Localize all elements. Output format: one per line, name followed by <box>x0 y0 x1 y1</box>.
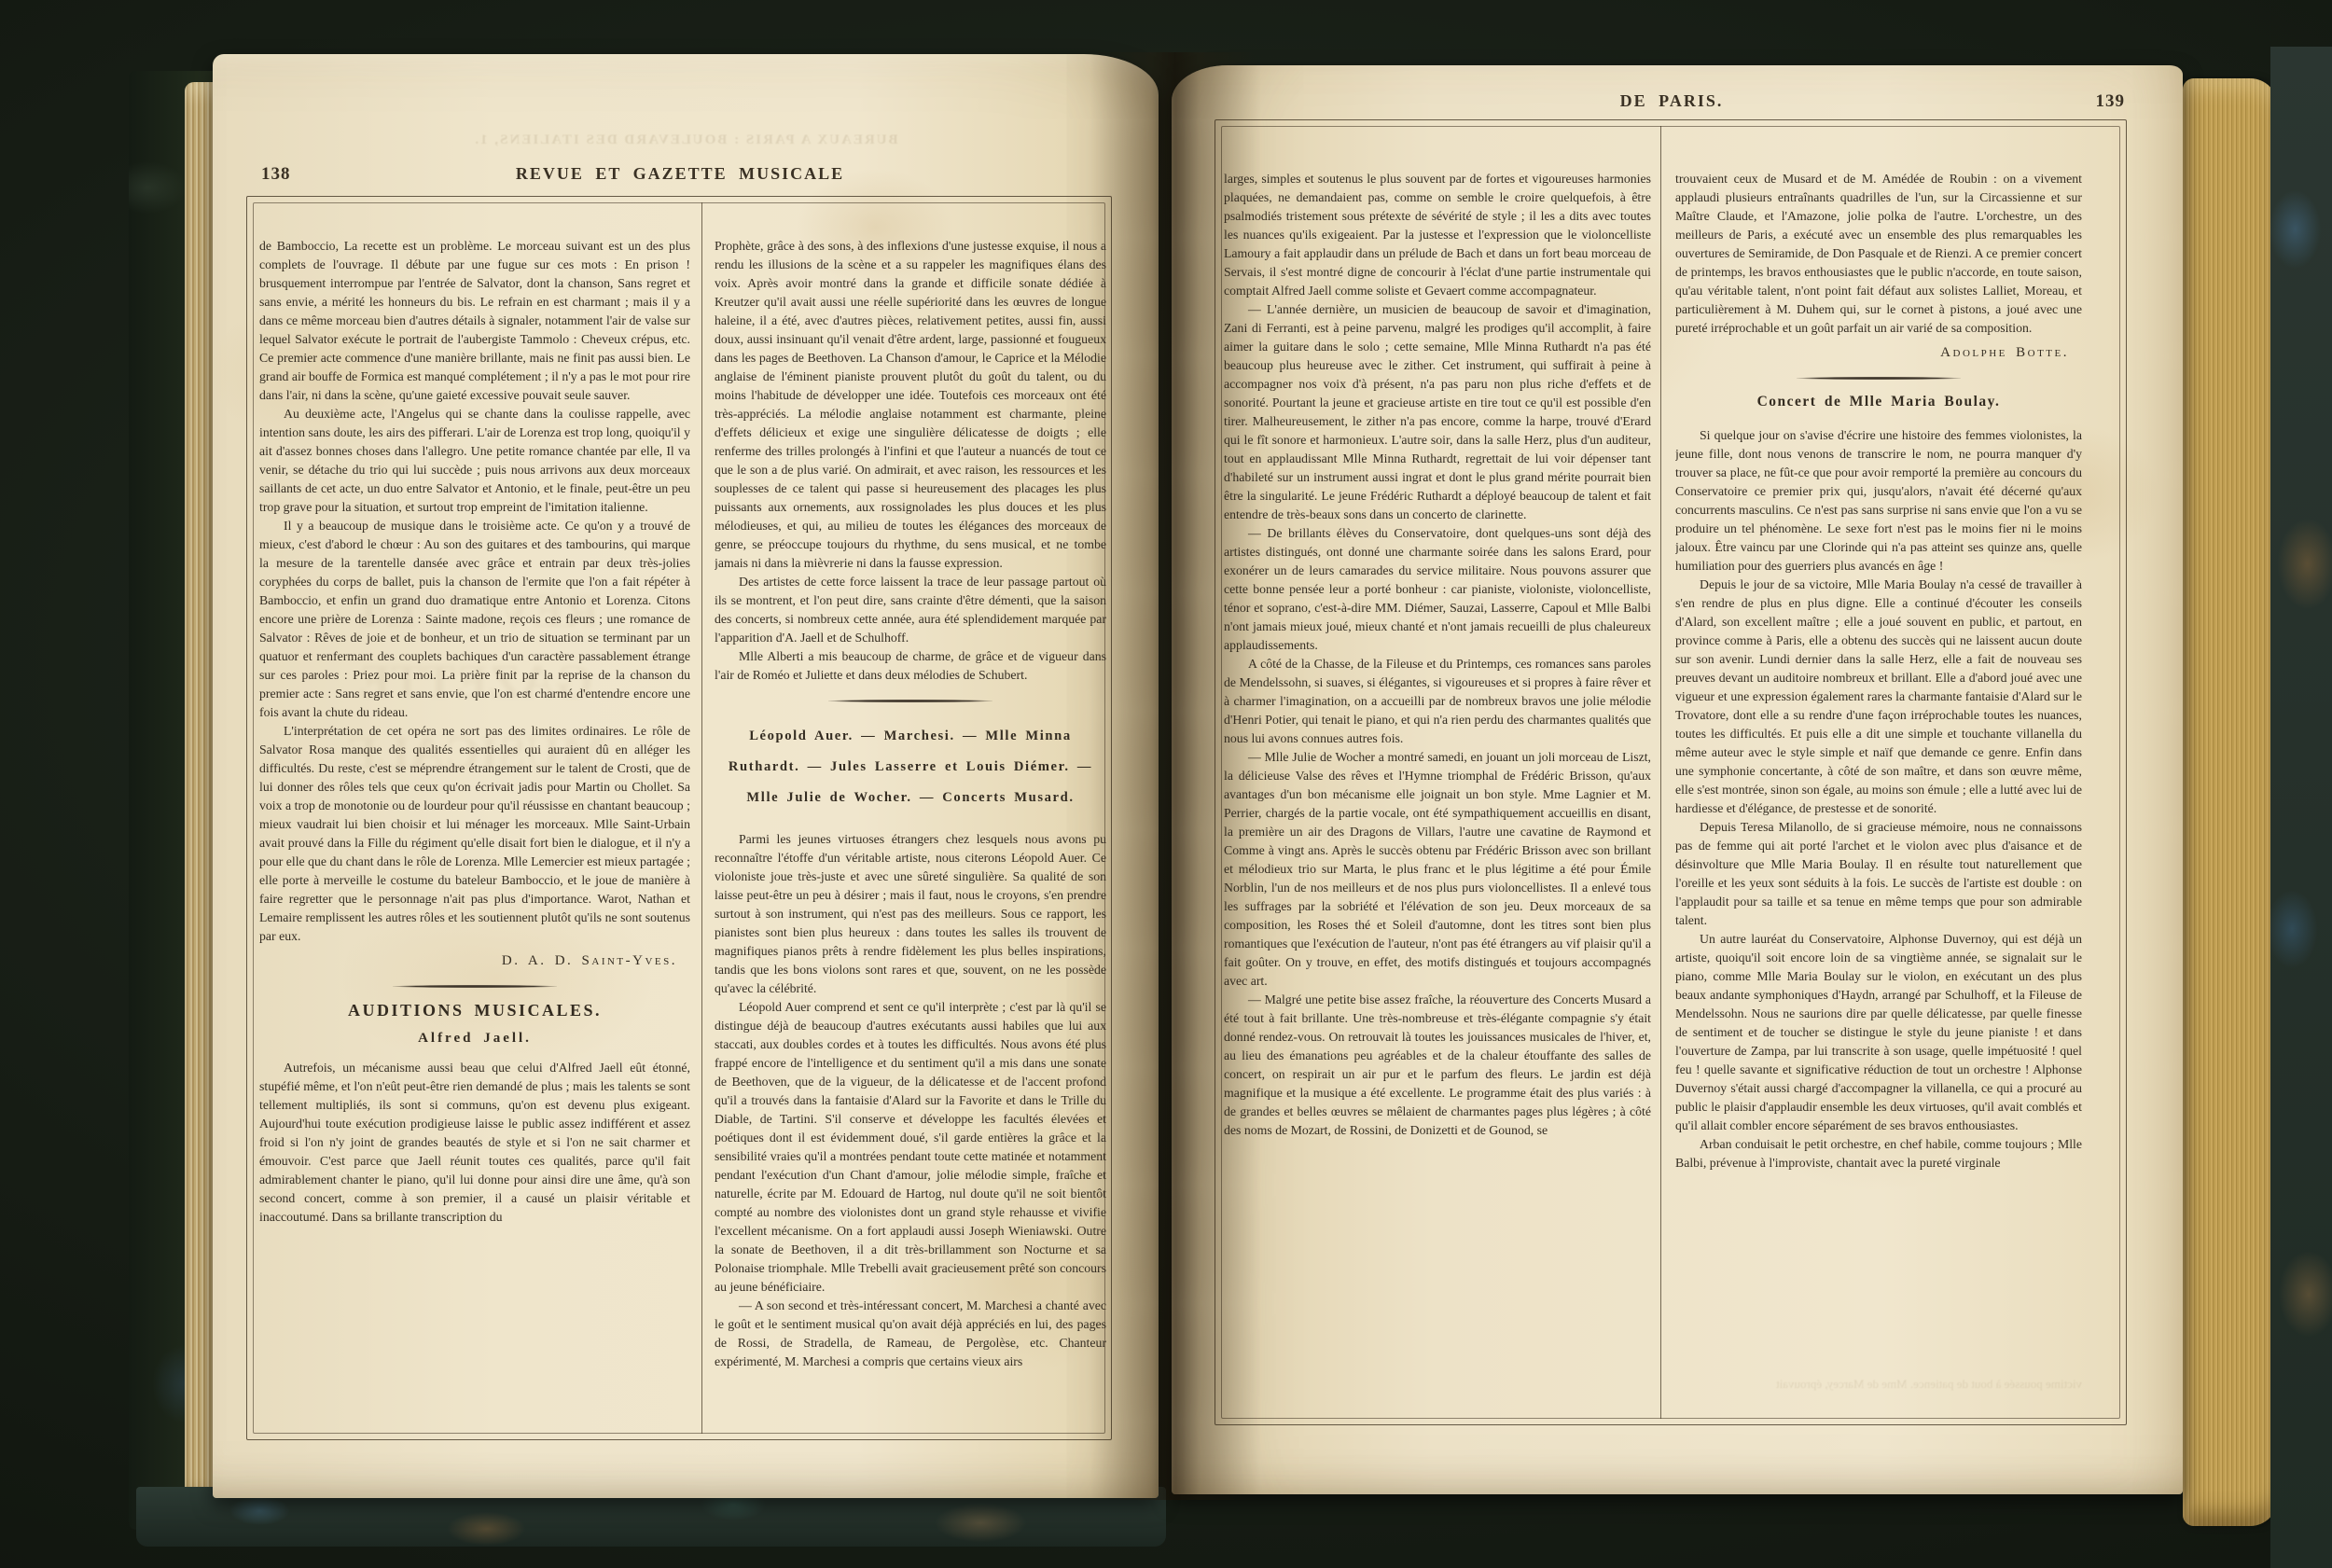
paragraph: de Bamboccio, La recette est un problème… <box>259 237 690 405</box>
article-body: Parmi les jeunes virtuoses étrangers che… <box>715 830 1106 1371</box>
paragraph: Parmi les jeunes virtuoses étrangers che… <box>715 830 1106 998</box>
article-body: Autrefois, un mécanisme aussi beau que c… <box>259 1059 690 1227</box>
paragraph: — L'année dernière, un musicien de beauc… <box>1224 300 1651 524</box>
book-cover-right <box>2270 47 2332 1568</box>
column-2: trouvaient ceux de Musard et de M. Amédé… <box>1675 170 2082 1416</box>
page-138: BUREAUX A PARIS : BOULEVARD DES ITALIENS… <box>213 54 1159 1498</box>
column-1: larges, simples et soutenus le plus souv… <box>1224 170 1651 1416</box>
paragraph: Arban conduisait le petit orchestre, en … <box>1675 1135 2082 1173</box>
article-body: Si quelque jour on s'avise d'écrire une … <box>1675 426 2082 1173</box>
column-divider-rule <box>701 202 702 1434</box>
paragraph: Au deuxième acte, l'Angelus qui se chant… <box>259 405 690 517</box>
show-through-text: BUREAUX A PARIS : BOULEVARD DES ITALIENS… <box>362 132 1009 148</box>
paragraph: — Malgré une petite bise assez fraîche, … <box>1224 991 1651 1140</box>
column-divider-rule <box>1660 126 1661 1419</box>
paragraph: Léopold Auer comprend et sent ce qu'il i… <box>715 998 1106 1297</box>
signature-adolphe-botte: Adolphe Botte. <box>1675 343 2082 362</box>
article-body: larges, simples et soutenus le plus souv… <box>1224 170 1651 1140</box>
page-number: 139 <box>2096 91 2126 112</box>
paragraph: larges, simples et soutenus le plus souv… <box>1224 170 1651 300</box>
section-divider-rule <box>393 985 557 988</box>
paragraph: — De brillants élèves du Conservatoire, … <box>1224 524 1651 655</box>
paragraph: — A son second et très-intéressant conce… <box>715 1297 1106 1371</box>
page-139: victime poussée à bout de patience. Mme … <box>1172 65 2183 1494</box>
running-head: REVUE ET GAZETTE MUSICALE <box>250 164 1110 184</box>
article-heading-leopold-auer: Léopold Auer. — Marchesi. — Mlle Minna R… <box>720 721 1101 813</box>
paragraph: Prophète, grâce à des sons, à des inflex… <box>715 237 1106 573</box>
paragraph: Si quelque jour on s'avise d'écrire une … <box>1675 426 2082 576</box>
page-edges-left <box>185 82 216 1507</box>
paragraph: Depuis Teresa Milanollo, de si gracieuse… <box>1675 818 2082 930</box>
paragraph: Autrefois, un mécanisme aussi beau que c… <box>259 1059 690 1227</box>
paragraph: — Mlle Julie de Wocher a montré samedi, … <box>1224 748 1651 991</box>
paragraph: Mlle Alberti a mis beaucoup de charme, d… <box>715 647 1106 685</box>
article-body: de Bamboccio, La recette est un problème… <box>259 237 690 946</box>
section-heading-auditions-musicales: AUDITIONS MUSICALES. <box>259 1001 690 1020</box>
book-spread: BUREAUX A PARIS : BOULEVARD DES ITALIENS… <box>0 0 2332 1568</box>
paragraph: Des artistes de cette force laissent la … <box>715 573 1106 647</box>
signature-saint-yves: D. A. D. Saint-Yves. <box>259 951 690 970</box>
paragraph: trouvaient ceux de Musard et de M. Amédé… <box>1675 170 2082 338</box>
paragraph: Depuis le jour de sa victoire, Mlle Mari… <box>1675 576 2082 818</box>
article-heading-concert-maria-boulay: Concert de Mlle Maria Boulay. <box>1675 393 2082 411</box>
column-1: de Bamboccio, La recette est un problème… <box>259 237 690 1478</box>
running-head-row: DE PARIS. 139 <box>1216 91 2127 119</box>
article-body: Prophète, grâce à des sons, à des inflex… <box>715 237 1106 685</box>
running-head: DE PARIS. <box>1216 91 2127 111</box>
article-body: trouvaient ceux de Musard et de M. Amédé… <box>1675 170 2082 338</box>
running-head-row: 138 REVUE ET GAZETTE MUSICALE <box>250 164 1110 192</box>
paragraph: Un autre lauréat du Conservatoire, Alpho… <box>1675 930 2082 1135</box>
paragraph: Il y a beaucoup de musique dans le trois… <box>259 517 690 722</box>
page-edges-right <box>2183 78 2278 1526</box>
section-divider-rule <box>828 700 992 702</box>
paragraph: L'interprétation de cet opéra ne sort pa… <box>259 722 690 946</box>
paragraph: A côté de la Chasse, de la Fileuse et du… <box>1224 655 1651 748</box>
section-divider-rule <box>1797 377 1961 380</box>
article-heading-alfred-jaell: Alfred Jaell. <box>259 1029 690 1048</box>
column-2: Prophète, grâce à des sons, à des inflex… <box>715 237 1106 1478</box>
